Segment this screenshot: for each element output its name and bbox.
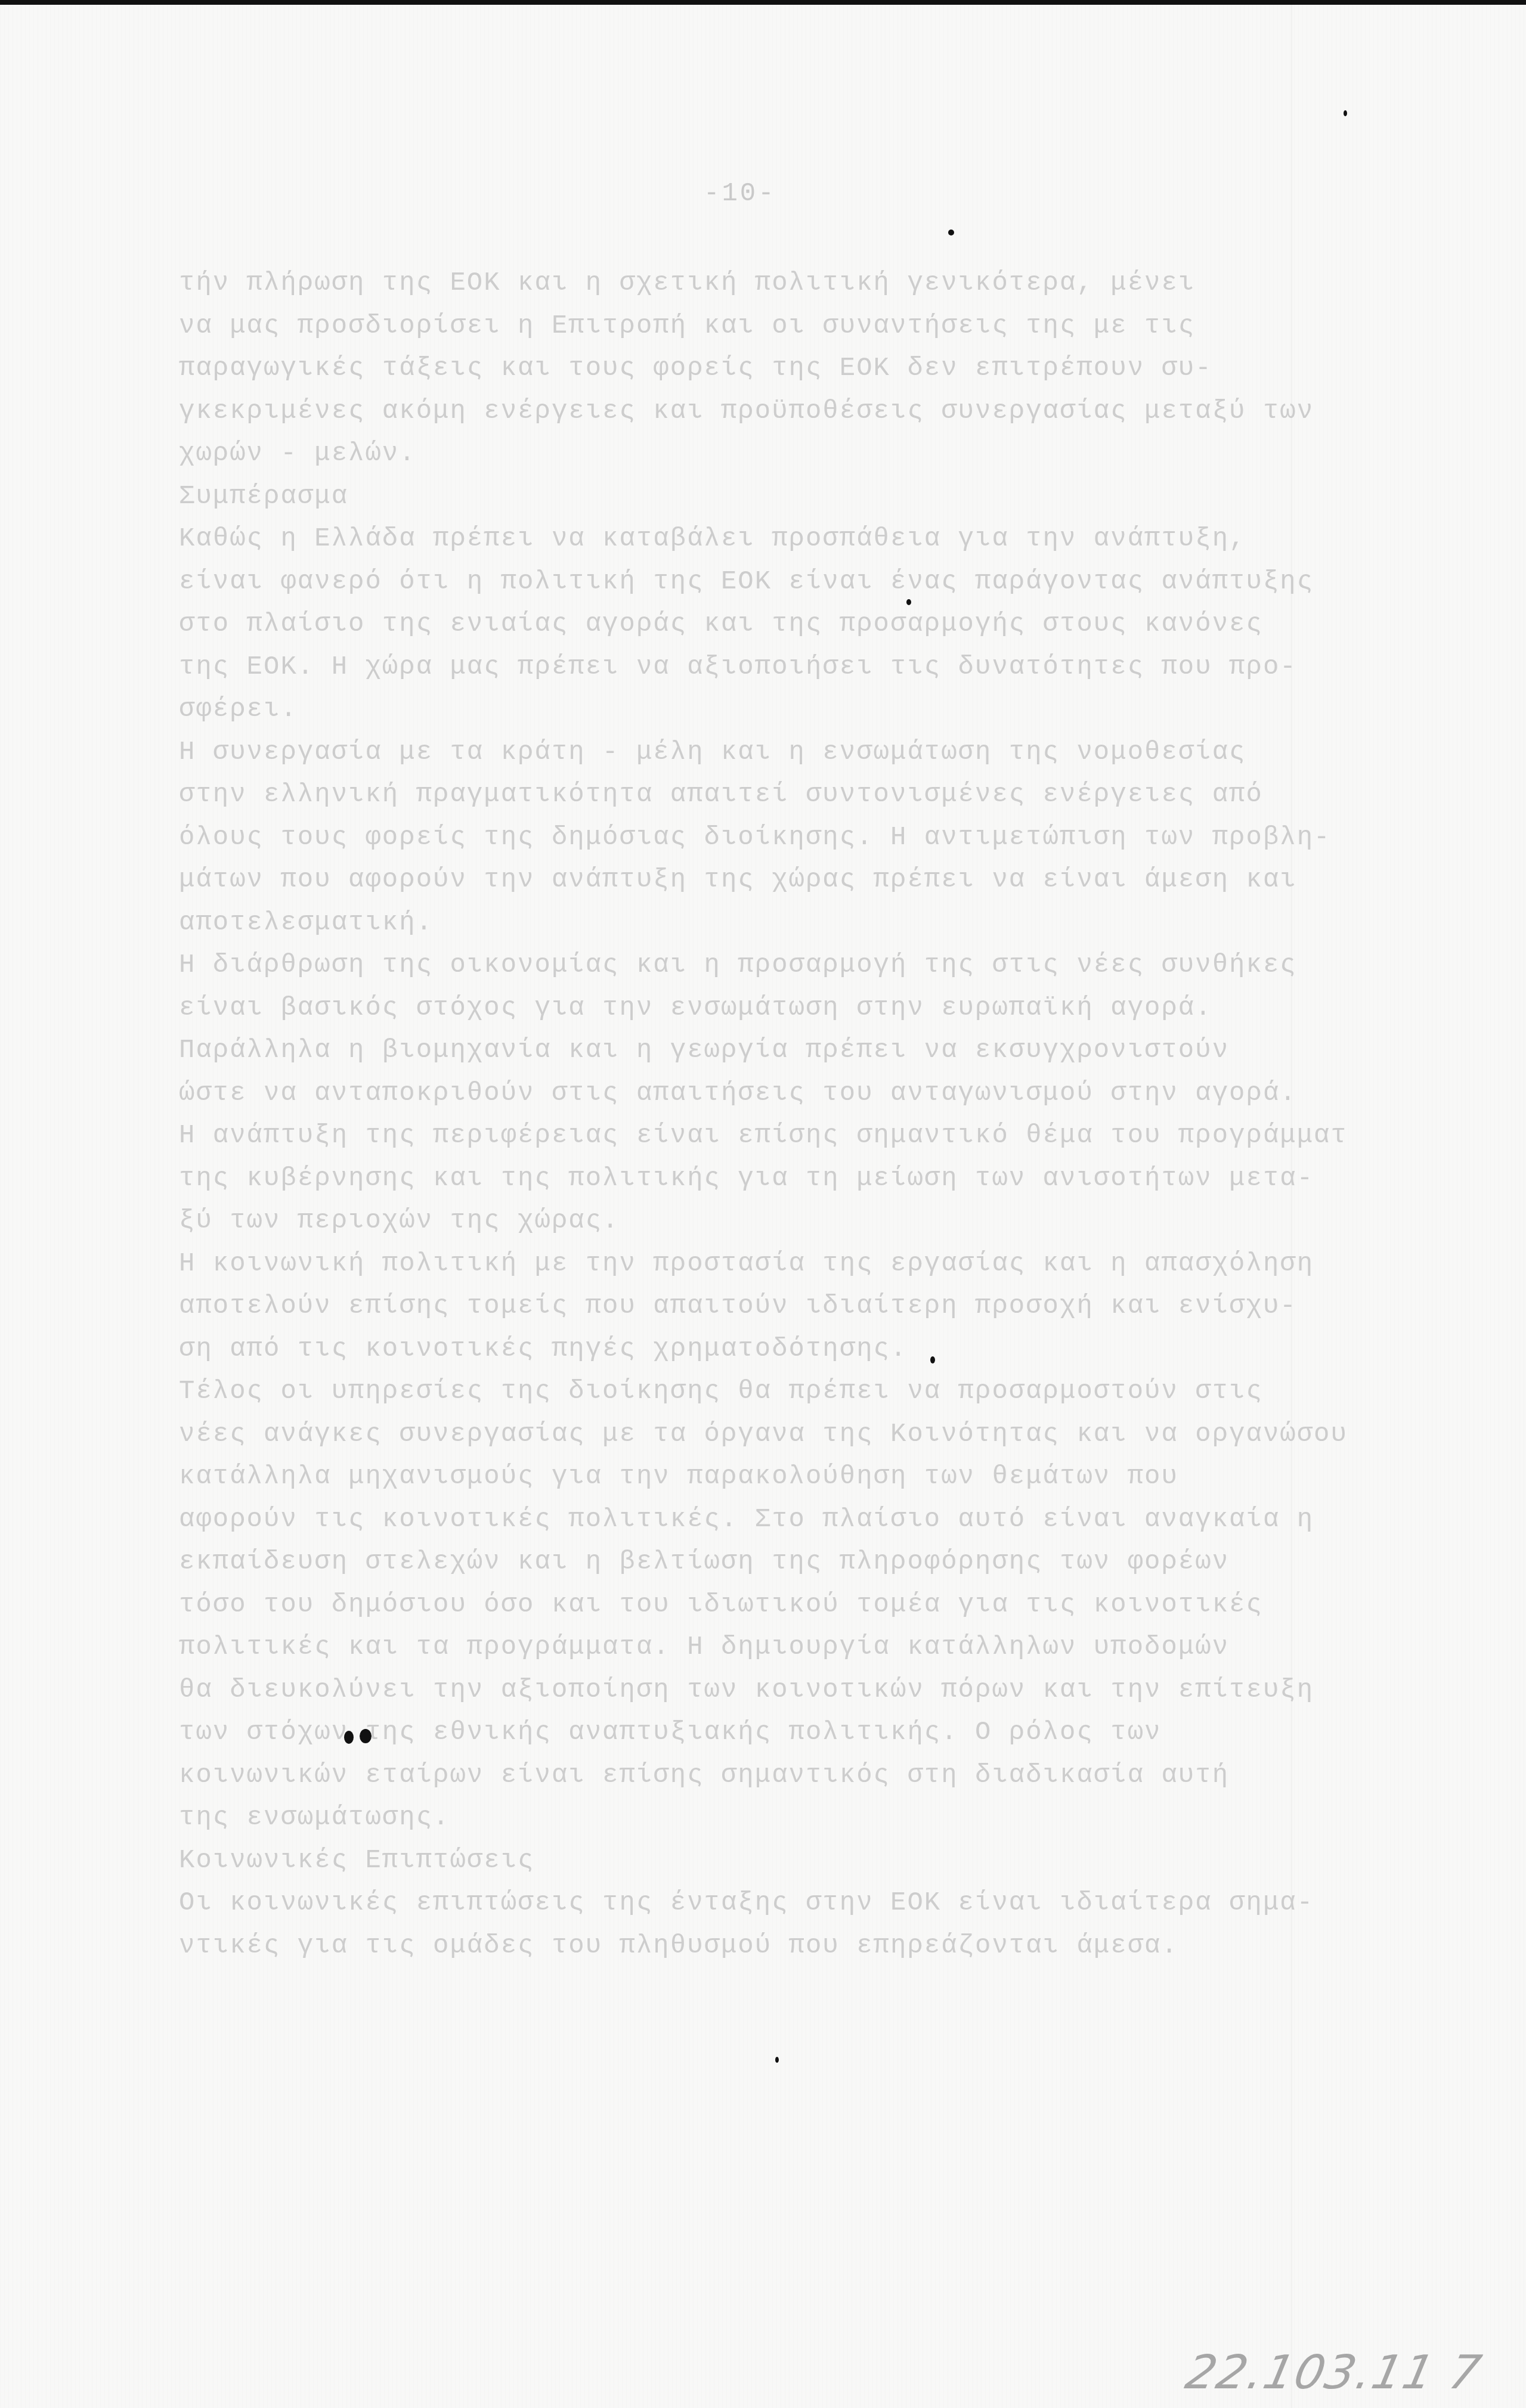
text-line: αποτελεσματική. <box>179 902 1348 945</box>
text-line: Η διάρθρωση της οικονομίας και η προσαρμ… <box>179 944 1348 987</box>
ink-speck <box>775 2057 779 2063</box>
section-heading: Κοινωνικές Επιπτώσεις <box>179 1840 1348 1883</box>
text-line: κατάλληλα μηχανισμούς για την παρακολούθ… <box>179 1456 1348 1499</box>
text-line: Καθώς η Ελλάδα πρέπει να καταβάλει προσπ… <box>179 518 1348 561</box>
text-line: Η ανάπτυξη της περιφέρειας είναι επίσης … <box>179 1115 1348 1158</box>
text-line: θα διευκολύνει την αξιοποίηση των κοινοτ… <box>179 1669 1348 1712</box>
text-line: ξύ των περιοχών της χώρας. <box>179 1200 1348 1243</box>
text-line: όλους τους φορείς της δημόσιας διοίκησης… <box>179 817 1348 860</box>
text-line: στο πλαίσιο της ενιαίας αγοράς και της π… <box>179 603 1348 646</box>
text-line: στην ελληνική πραγματικότητα απαιτεί συν… <box>179 774 1348 817</box>
typewritten-body: τήν πλήρωση της ΕΟΚ και η σχετική πολιτι… <box>179 262 1348 1967</box>
text-line: ντικές για τις ομάδες του πληθυσμού που … <box>179 1925 1348 1968</box>
text-line: των στόχων της εθνικής αναπτυξιακής πολι… <box>179 1712 1348 1755</box>
handwritten-archive-number: 22.103.11 7 <box>1181 2346 1487 2400</box>
text-line: χωρών - μελών. <box>179 433 1348 476</box>
text-line: Η συνεργασία με τα κράτη - μέλη και η εν… <box>179 732 1348 774</box>
ink-speck <box>948 230 954 235</box>
text-line: σφέρει. <box>179 689 1348 732</box>
text-line: εκπαίδευση στελεχών και η βελτίωση της π… <box>179 1541 1348 1584</box>
text-line: είναι φανερό ότι η πολιτική της ΕΟΚ είνα… <box>179 561 1348 604</box>
text-line: τήν πλήρωση της ΕΟΚ και η σχετική πολιτι… <box>179 262 1348 305</box>
ink-speck <box>906 599 911 605</box>
text-line: της ενσωμάτωσης. <box>179 1797 1348 1840</box>
text-line: πολιτικές και τα προγράμματα. Η δημιουργ… <box>179 1626 1348 1669</box>
section-heading-text: Συμπέρασμα <box>179 476 348 519</box>
text-line: τόσο του δημόσιου όσο και του ιδιωτικού … <box>179 1584 1348 1627</box>
text-line: παραγωγικές τάξεις και τους φορείς της Ε… <box>179 348 1348 391</box>
text-line: γκεκριμένες ακόμη ενέργειες και προϋποθέ… <box>179 391 1348 433</box>
scan-top-edge <box>0 0 1526 5</box>
ink-speck <box>930 1356 935 1363</box>
text-line: ση από τις κοινοτικές πηγές χρηματοδότησ… <box>179 1328 1348 1371</box>
text-line: Οι κοινωνικές επιπτώσεις της ένταξης στη… <box>179 1882 1348 1925</box>
ink-speck <box>360 1729 372 1743</box>
section-heading: Συμπέρασμα <box>179 476 1348 519</box>
page-number: -10- <box>704 179 776 209</box>
text-line: αφορούν τις κοινοτικές πολιτικές. Στο πλ… <box>179 1499 1348 1542</box>
text-line: νέες ανάγκες συνεργασίας με τα όργανα τη… <box>179 1414 1348 1456</box>
text-line: αποτελούν επίσης τομείς που απαιτούν ιδι… <box>179 1285 1348 1328</box>
text-line: να μας προσδιορίσει η Επιτροπή και οι συ… <box>179 305 1348 348</box>
text-line: ώστε να ανταποκριθούν στις απαιτήσεις το… <box>179 1073 1348 1115</box>
ink-speck <box>1344 110 1347 116</box>
text-line: μάτων που αφορούν την ανάπτυξη της χώρας… <box>179 859 1348 902</box>
text-line: είναι βασικός στόχος για την ενσωμάτωση … <box>179 987 1348 1030</box>
text-line: Παράλληλα η βιομηχανία και η γεωργία πρέ… <box>179 1030 1348 1073</box>
text-line: Τέλος οι υπηρεσίες της διοίκησης θα πρέπ… <box>179 1371 1348 1414</box>
text-line: Η κοινωνική πολιτική με την προστασία τη… <box>179 1243 1348 1286</box>
text-line: της κυβέρνησης και της πολιτικής για τη … <box>179 1158 1348 1201</box>
text-line: της ΕΟΚ. Η χώρα μας πρέπει να αξιοποιήσε… <box>179 646 1348 689</box>
text-line: κοινωνικών εταίρων είναι επίσης σημαντικ… <box>179 1755 1348 1798</box>
document-page: -10- τήν πλήρωση της ΕΟΚ και η σχετική π… <box>0 0 1526 2408</box>
ink-speck <box>344 1731 354 1744</box>
section-heading-text: Κοινωνικές Επιπτώσεις <box>179 1840 535 1883</box>
